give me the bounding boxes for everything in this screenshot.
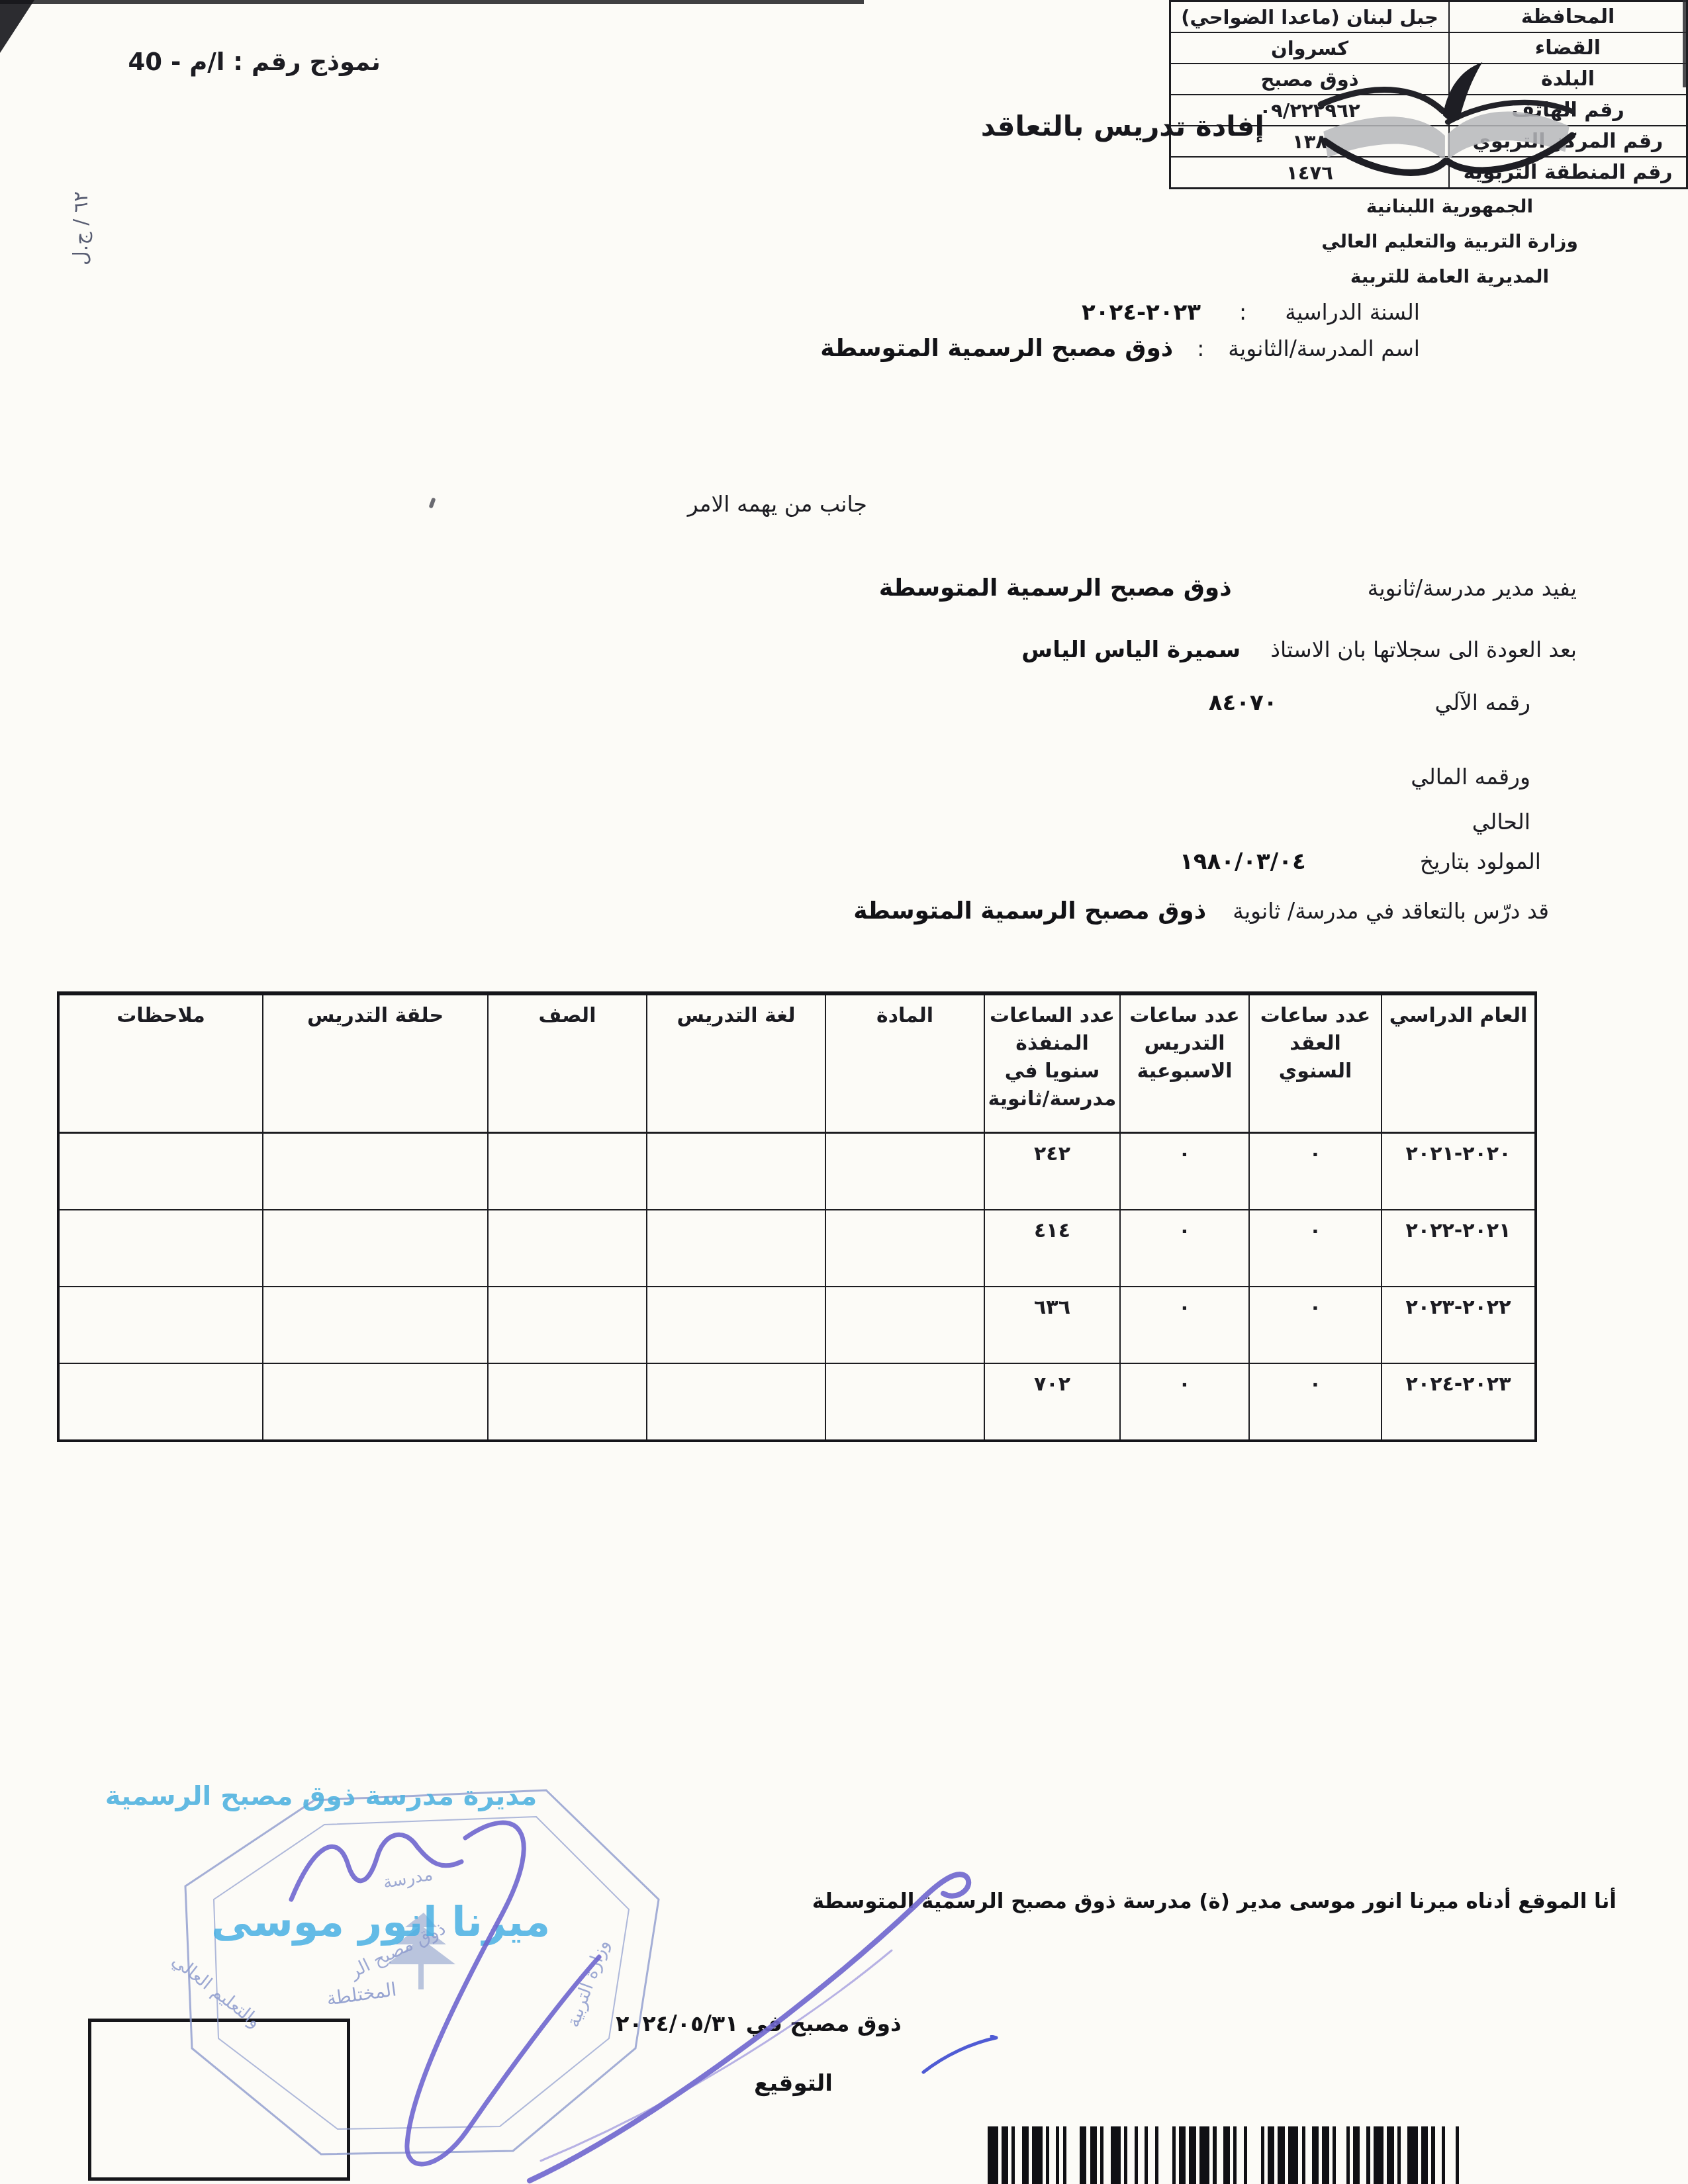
col-header-notes: ملاحظات (58, 993, 263, 1133)
cell-year: ٢٠٢١-٢٠٢٢ (1382, 1210, 1536, 1287)
hours-table-header-row: العام الدراسي عدد ساعات العقد السنوي عدد… (58, 993, 1536, 1133)
stamp-inner-text: مدرسة (381, 1864, 434, 1893)
stamp-inner-text: المختلطة (325, 1978, 398, 2009)
cell-executed-hours: ٦٣٦ (984, 1287, 1120, 1363)
auto-number-value: ٨٤٠٧٠ (1209, 690, 1278, 716)
scan-artifact-corner (0, 0, 34, 53)
auto-number-label: رقمه الآلي (1434, 690, 1530, 715)
cell-language (647, 1287, 825, 1363)
table-row: المحافظة جبل لبنان (ماعدا الضواحي) (1170, 1, 1687, 33)
taught-line: قد درّس بالتعاقد في مدرسة/ ثانوية ذوق مص… (853, 897, 1549, 925)
cell-grade (488, 1287, 647, 1363)
colon: : (1239, 299, 1246, 325)
table-row: ٢٠٢٠-٢٠٢١ ٠ ٠ ٢٤٢ (58, 1133, 1536, 1210)
col-header-grade: الصف (488, 993, 647, 1133)
ministry-text-block: الجمهورية اللبنانية وزارة التربية والتعل… (1314, 189, 1585, 295)
school-name-line: اسم المدرسة/الثانوية : ذوق مصبح الرسمية … (820, 335, 1420, 362)
info-label-governorate: المحافظة (1449, 1, 1687, 33)
cell-subject (825, 1133, 984, 1210)
col-header-contract-hours: عدد ساعات العقد السنوي (1249, 993, 1382, 1133)
financial-label-line1: ورقمه المالي (1411, 754, 1530, 799)
cell-grade (488, 1363, 647, 1441)
col-header-executed-hours: عدد الساعات المنفذة سنويا في مدرسة/ثانوي… (984, 993, 1120, 1133)
taught-label: قد درّس بالتعاقد في مدرسة/ ثانوية (1233, 898, 1549, 924)
page-title: إفادة تدريس بالتعاقد (981, 110, 1264, 142)
cell-notes (58, 1133, 263, 1210)
colon: : (1197, 336, 1204, 361)
school-name-label: اسم المدرسة/الثانوية (1228, 336, 1420, 361)
salutation-text: جانب من يهمه الامر (688, 491, 867, 517)
col-header-school-year: العام الدراسي (1382, 993, 1536, 1133)
stamp-inner-text: وزارة التربية (563, 1937, 613, 2030)
info-value-district: كسروان (1170, 32, 1450, 64)
cell-notes (58, 1287, 263, 1363)
birth-date-label: المولود بتاريخ (1420, 848, 1541, 874)
cell-executed-hours: ٤١٤ (984, 1210, 1120, 1287)
cell-grade (488, 1133, 647, 1210)
cell-notes (58, 1210, 263, 1287)
cell-subject (825, 1363, 984, 1441)
cell-notes (58, 1363, 263, 1441)
cell-cycle (263, 1287, 488, 1363)
scan-artifact-right-edge (1683, 0, 1686, 87)
cell-weekly-hours: ٠ (1120, 1210, 1249, 1287)
records-line: بعد العودة الى سجلاتها بان الاستاذ سميرة… (1021, 637, 1577, 663)
school-stamp-and-signature: مدرسة ذوق مصبح الر المختلطة وزارة التربي… (36, 1764, 1003, 2184)
cell-cycle (263, 1210, 488, 1287)
directorate-line: المديرية العامة للتربية (1314, 259, 1585, 294)
cell-weekly-hours: ٠ (1120, 1363, 1249, 1441)
school-year-label: السنة الدراسية (1285, 299, 1420, 325)
birth-date-line: المولود بتاريخ ١٩٨٠/٠٣/٠٤ (1180, 848, 1541, 875)
teacher-name: سميرة الياس الياس (1021, 637, 1241, 663)
principal-label: يفيد مدير مدرسة/ثانوية (1368, 575, 1577, 601)
republic-line: الجمهورية اللبنانية (1314, 189, 1585, 224)
info-label-district: القضاء (1449, 32, 1687, 64)
financial-number-label: ورقمه المالي الحالي (1411, 754, 1530, 844)
table-row: القضاء كسروان (1170, 32, 1687, 64)
cell-language (647, 1133, 825, 1210)
cell-weekly-hours: ٠ (1120, 1287, 1249, 1363)
cell-contract-hours: ٠ (1249, 1133, 1382, 1210)
stamp-overprint-line: مديرة مدرسة ذوق مصبح الرسمية (105, 1781, 537, 1811)
table-row: ٢٠٢١-٢٠٢٢ ٠ ٠ ٤١٤ (58, 1210, 1536, 1287)
ministry-line: وزارة التربية والتعليم العالي (1314, 224, 1585, 259)
school-year-value: ٢٠٢٣-٢٠٢٤ (1082, 299, 1201, 326)
cell-subject (825, 1210, 984, 1287)
principal-school-name: ذوق مصبح الرسمية المتوسطة (879, 574, 1232, 602)
school-name-value: ذوق مصبح الرسمية المتوسطة (820, 335, 1173, 362)
col-header-weekly-hours: عدد ساعات التدريس الاسبوعية (1120, 993, 1249, 1133)
col-header-teaching-language: لغة التدريس (647, 993, 825, 1133)
form-number: نموذج رقم : ا/م - 40 (128, 48, 381, 76)
cell-contract-hours: ٠ (1249, 1210, 1382, 1287)
cell-cycle (263, 1363, 488, 1441)
teaching-hours-table: العام الدراسي عدد ساعات العقد السنوي عدد… (57, 991, 1537, 1442)
handwritten-margin-note: ٦٢ / ج.ل (70, 129, 96, 328)
info-value-governorate: جبل لبنان (ماعدا الضواحي) (1170, 1, 1450, 33)
financial-label-line2: الحالي (1411, 799, 1530, 844)
cell-contract-hours: ٠ (1249, 1363, 1382, 1441)
cell-language (647, 1363, 825, 1441)
cell-year: ٢٠٢٠-٢٠٢١ (1382, 1133, 1536, 1210)
cell-subject (825, 1287, 984, 1363)
cell-year: ٢٠٢٢-٢٠٢٣ (1382, 1287, 1536, 1363)
scanned-document-page: ٦٢ / ج.ل نموذج رقم : ا/م - 40 المحافظة ج… (0, 0, 1688, 2184)
table-row: ٢٠٢٣-٢٠٢٤ ٠ ٠ ٧٠٢ (58, 1363, 1536, 1441)
cell-weekly-hours: ٠ (1120, 1133, 1249, 1210)
barcode (988, 2126, 1466, 2184)
taught-school-name: ذوق مصبح الرسمية المتوسطة (853, 897, 1206, 925)
ink-speck (428, 497, 436, 508)
ministry-logo-open-book-icon (1314, 61, 1579, 190)
records-label: بعد العودة الى سجلاتها بان الاستاذ (1270, 637, 1577, 662)
cell-language (647, 1210, 825, 1287)
school-year-line: السنة الدراسية : ٢٠٢٣-٢٠٢٤ (1082, 299, 1420, 326)
scan-artifact-top-line (0, 0, 864, 4)
cell-grade (488, 1210, 647, 1287)
table-row: ٢٠٢٢-٢٠٢٣ ٠ ٠ ٦٣٦ (58, 1287, 1536, 1363)
cell-year: ٢٠٢٣-٢٠٢٤ (1382, 1363, 1536, 1441)
cell-contract-hours: ٠ (1249, 1287, 1382, 1363)
cell-executed-hours: ٧٠٢ (984, 1363, 1120, 1441)
birth-date-value: ١٩٨٠/٠٣/٠٤ (1180, 848, 1306, 875)
cell-cycle (263, 1133, 488, 1210)
col-header-subject: المادة (825, 993, 984, 1133)
auto-number-line: رقمه الآلي ٨٤٠٧٠ (1209, 690, 1530, 716)
principal-statement-line: يفيد مدير مدرسة/ثانوية ذوق مصبح الرسمية … (879, 574, 1577, 602)
salutation: جانب من يهمه الامر (688, 491, 867, 517)
cell-executed-hours: ٢٤٢ (984, 1133, 1120, 1210)
col-header-cycle: حلقة التدريس (263, 993, 488, 1133)
